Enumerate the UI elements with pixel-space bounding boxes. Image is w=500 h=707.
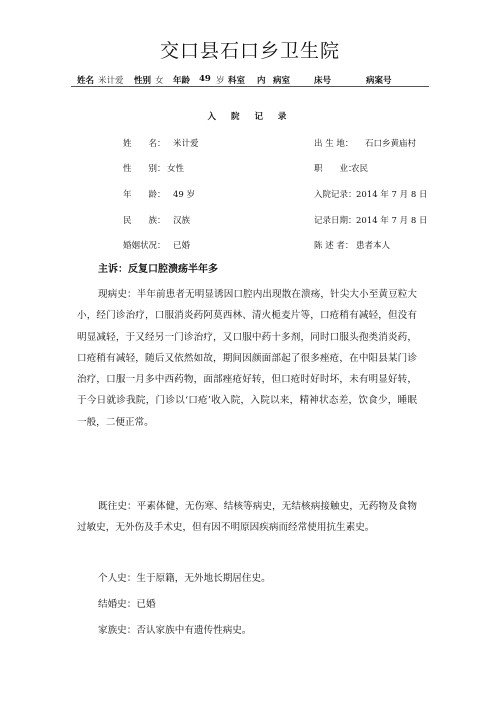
admission-record-label: 入院记录：	[314, 188, 357, 200]
occupation-value: 农民	[351, 162, 368, 174]
header-age-label: 年龄	[173, 74, 190, 86]
present-illness: 现病史：半年前患者无明显诱因口腔内出现散在溃疡，针尖大小至黄豆粒大小，经门诊治疗…	[77, 284, 417, 433]
marriage-history: 结婚史：已婚	[77, 594, 417, 615]
header-ward-label: 病室	[273, 74, 290, 86]
sex-value: 女性	[167, 162, 184, 174]
narrator-label: 陈 述 者：	[314, 239, 353, 251]
marital-status-value: 已婚	[173, 239, 190, 251]
info-row-3: 年 龄： 49 岁 入院记录： 2014 年 7 月 8 日	[123, 188, 423, 202]
info-row-2: 性 别： 女性 职 业： 农民	[123, 162, 423, 176]
patient-header-bar: 姓名 米计爱 性别 女 年龄 49 岁 科室 内 病室 床号 病案号	[71, 72, 429, 87]
header-dept-value: 内	[257, 74, 266, 86]
personal-history: 个人史：生于原籍，无外地长期居住史。	[77, 568, 417, 589]
narrator-value: 患者本人	[356, 239, 390, 251]
age-label: 年 龄：	[123, 188, 166, 200]
info-row-4: 民 族： 汉族 记录日期： 2014 年 7 月 8 日	[123, 214, 423, 228]
admission-record-value: 2014 年 7 月 8 日	[356, 188, 427, 200]
chief-complaint: 主诉：反复口腔溃疡半年多	[98, 260, 218, 275]
header-sex-label: 性别	[134, 74, 151, 86]
birthplace-label: 出 生 地：	[314, 137, 353, 149]
header-age-value: 49	[199, 74, 211, 84]
info-row-1: 姓 名： 米计爱 出 生 地： 石口乡黄庙村	[123, 137, 423, 151]
family-history: 家族史：否认家族中有遗传性病史。	[77, 620, 417, 641]
header-case-no-label: 病案号	[366, 74, 392, 86]
age-value: 49 岁	[173, 188, 195, 200]
header-sex-value: 女	[155, 74, 164, 86]
name-value: 米计爱	[173, 137, 199, 149]
record-date-label: 记录日期：	[314, 214, 357, 226]
record-title: 入 院 记 录	[0, 110, 500, 122]
header-dept-label: 科室	[228, 74, 245, 86]
header-bed-label: 床号	[314, 74, 331, 86]
ethnicity-value: 汉族	[173, 214, 190, 226]
ethnicity-label: 民 族：	[123, 214, 166, 226]
medical-record-page: 交口县石口乡卫生院 姓名 米计爱 性别 女 年龄 49 岁 科室 内 病室 床号…	[0, 0, 500, 707]
info-row-5: 婚姻状况： 已婚 陈 述 者： 患者本人	[123, 239, 423, 253]
birthplace-value: 石口乡黄庙村	[365, 137, 416, 149]
header-age-unit: 岁	[216, 74, 225, 86]
header-name-value: 米计爱	[98, 74, 124, 86]
sex-label: 性 别：	[123, 162, 166, 174]
record-date-value: 2014 年 7 月 8 日	[356, 214, 427, 226]
past-history: 既往史：平素体健，无伤寒、结核等病史，无结核病接触史，无药物及食物过敏史，无外伤…	[77, 496, 417, 539]
hospital-title: 交口县石口乡卫生院	[0, 36, 500, 63]
marital-status-label: 婚姻状况：	[123, 239, 166, 251]
name-label: 姓 名：	[123, 137, 166, 149]
header-name-label: 姓名	[77, 74, 94, 86]
